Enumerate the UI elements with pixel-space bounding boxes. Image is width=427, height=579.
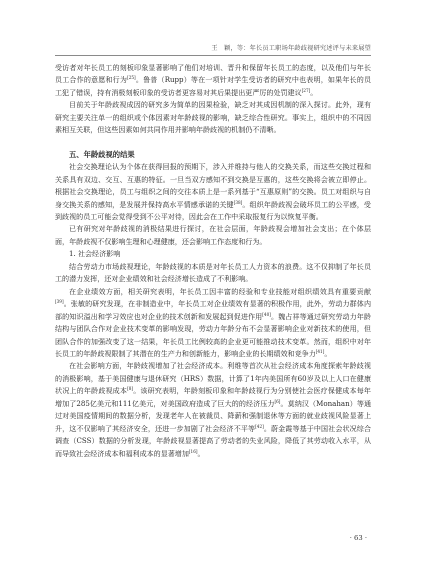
citation-ref: [25]: [127, 75, 136, 80]
subsection-heading: 1. 社会经济影响: [55, 248, 371, 260]
citation-ref: [27]: [302, 88, 311, 93]
citation-ref: [39]: [55, 299, 64, 304]
citation-ref: [42]: [255, 424, 264, 429]
citation-ref: [16]: [189, 449, 198, 454]
paragraph: 社会交换理论认为个体在获得回报的预期下，涉入并维持与他人的交换关系，而这些交换过…: [55, 161, 371, 223]
article-body: 受访者对年长员工的刻板印象显著影响了他们对培训、晋升和保留年长员工的态度，以及他…: [55, 62, 371, 460]
page-number: · 63 ·: [350, 534, 367, 542]
running-title: 王 颖，等：年长员工职场年龄歧视研究述评与未来展望: [211, 43, 371, 52]
citation-ref: [8]: [127, 386, 133, 391]
paragraph: 结合劳动力市场歧视理论，年龄歧视的本质是对年长员工人力资本的浪费。这不仅抑制了年…: [55, 261, 371, 286]
paragraph: 目前关于年龄歧视成因的研究多为简单的因果检验，缺乏对其成因机制的深入探讨。此外，…: [55, 99, 371, 136]
citation-ref: [41]: [316, 349, 325, 354]
paragraph: 在社会影响方面，年龄歧视增加了社会经济成本。利维等首次从社会经济成本角度探索年龄…: [55, 360, 371, 460]
running-header: 王 颖，等：年长员工职场年龄歧视研究述评与未来展望: [55, 43, 371, 56]
citation-ref: [6]: [274, 399, 280, 404]
paragraph: 已有研究对年龄歧视的消极结果进行探讨，在社会层面，年龄歧视会增加社会支出；在个体…: [55, 223, 371, 248]
paragraph: 在企业绩效方面，相关研究表明，年长员工因丰富的经验和专业技能对组织绩效具有重要贡…: [55, 286, 371, 361]
section-heading: 五、年龄歧视的结果: [55, 149, 371, 161]
citation-ref: [40]: [262, 312, 271, 317]
paragraph: 受访者对年长员工的刻板印象显著影响了他们对培训、晋升和保留年长员工的态度，以及他…: [55, 62, 371, 99]
citation-ref: [38]: [234, 200, 243, 205]
